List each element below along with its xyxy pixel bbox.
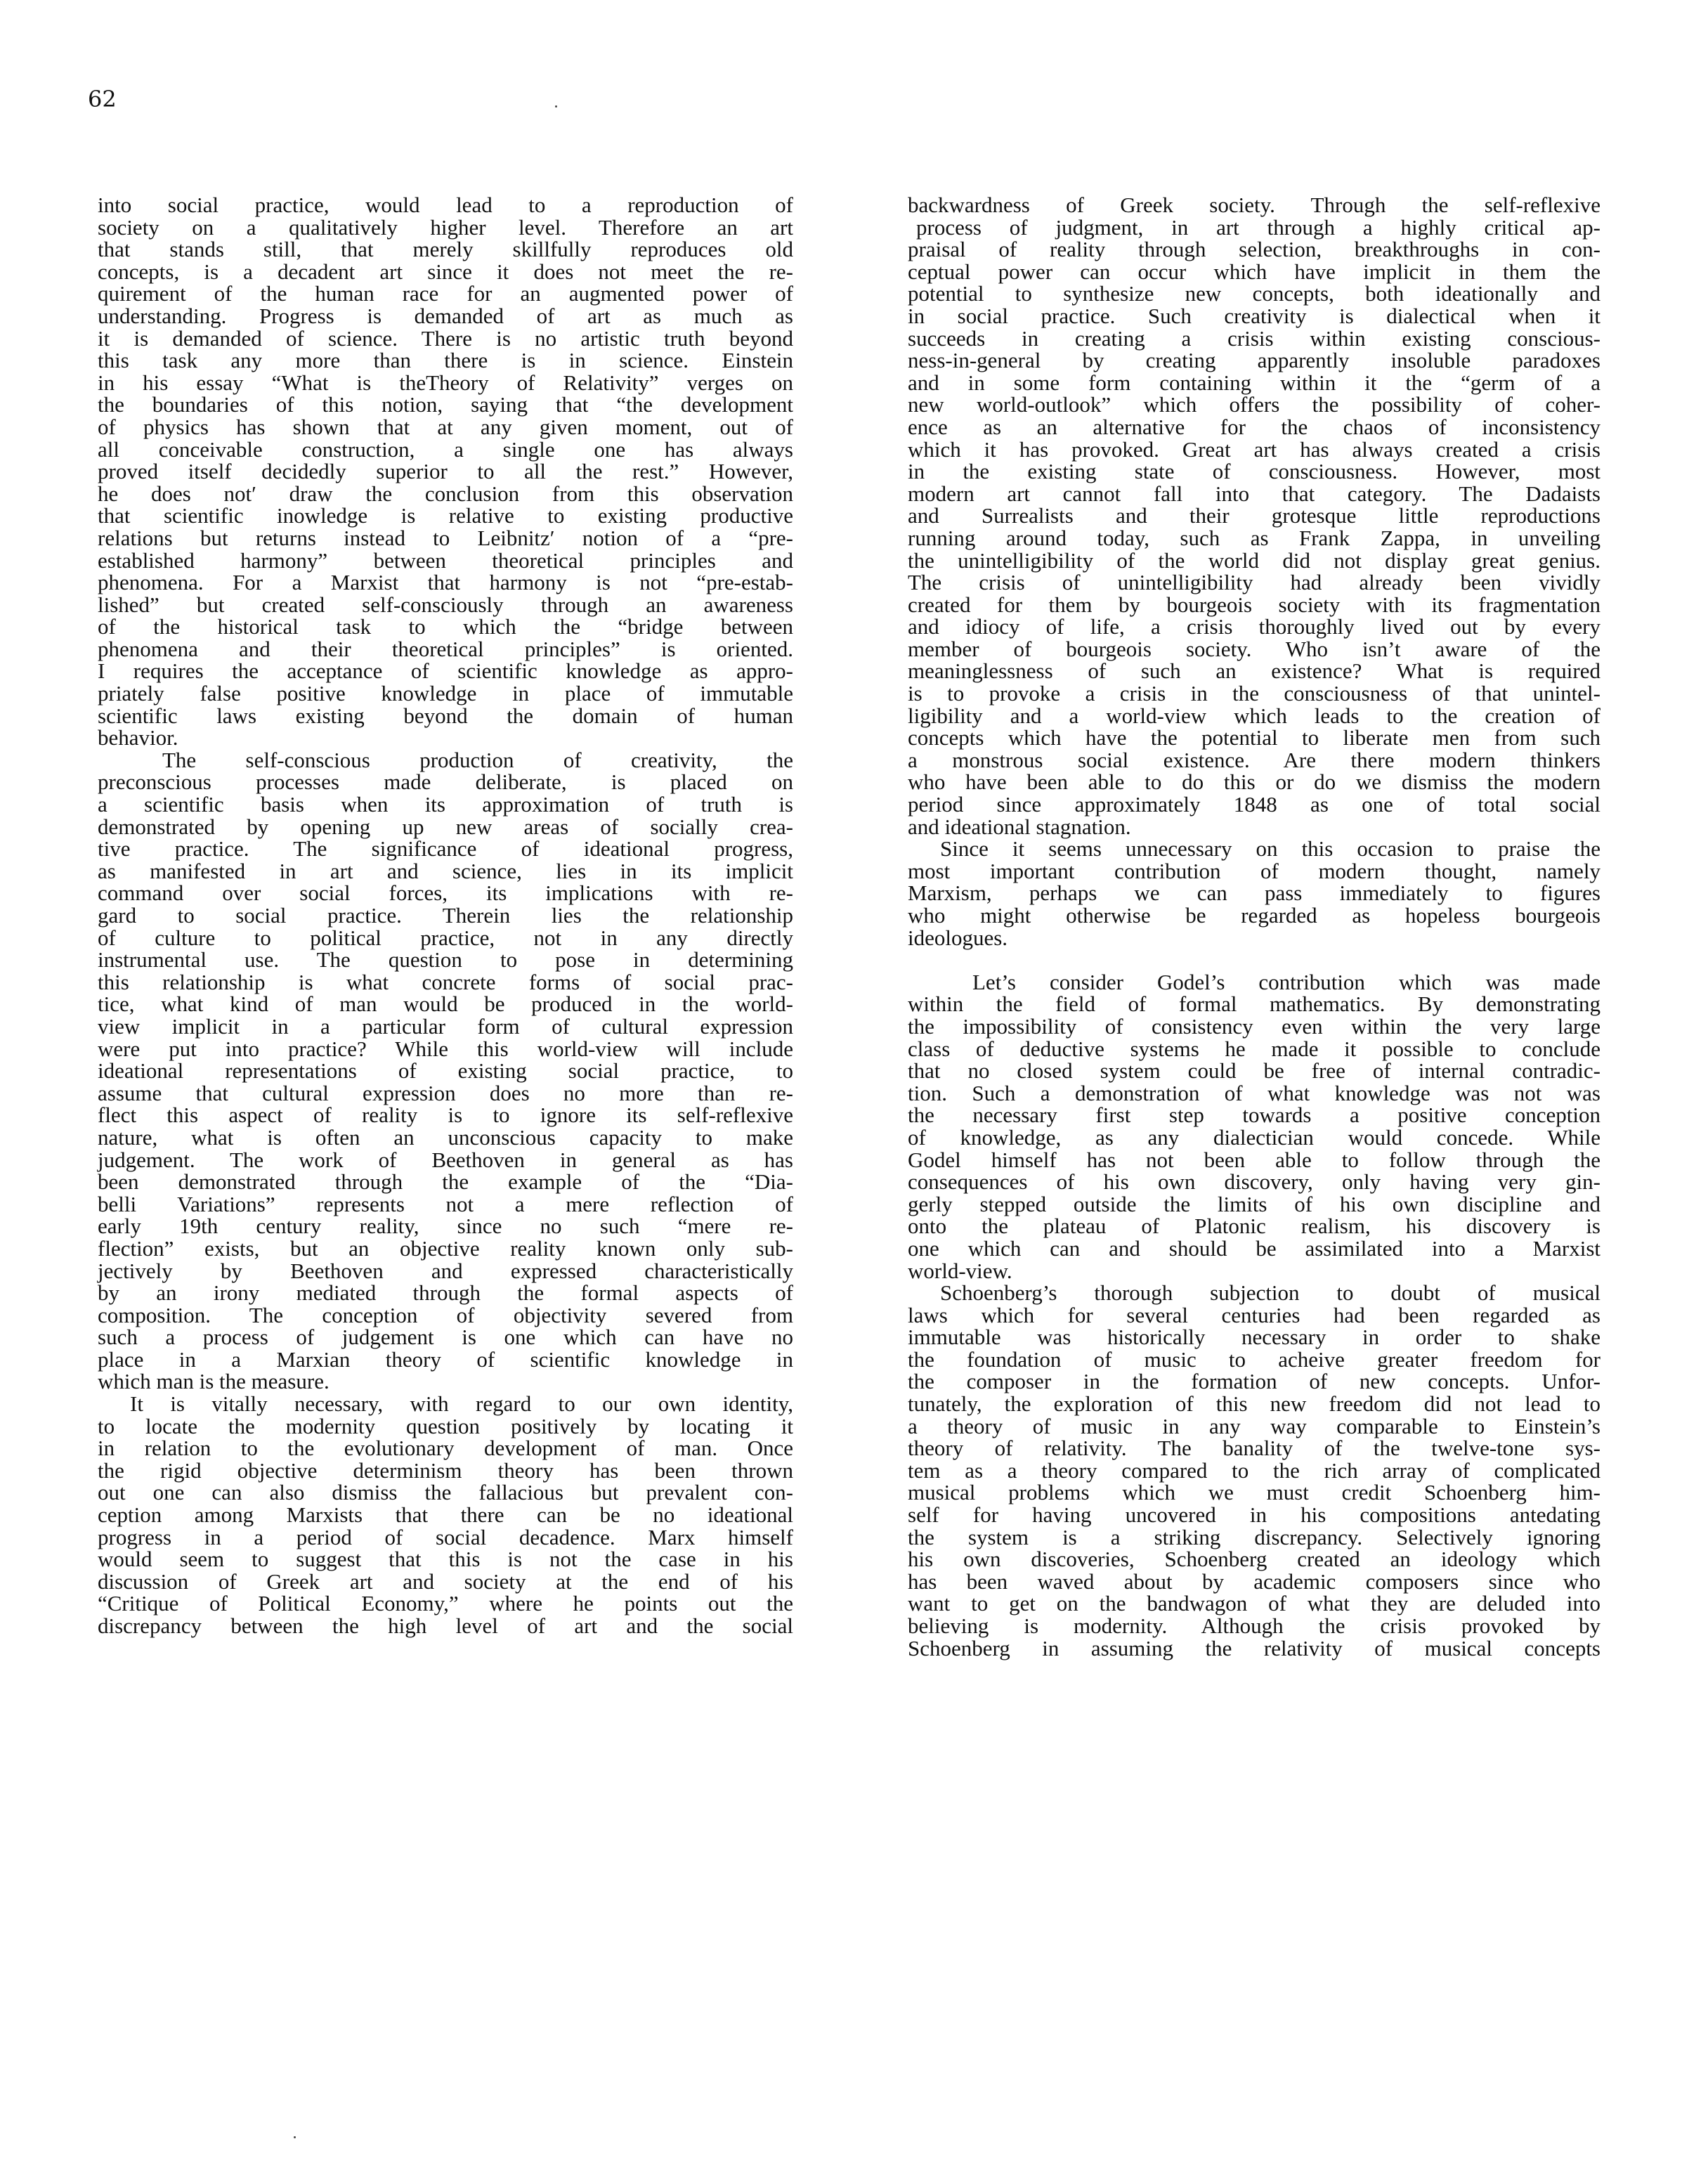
text-line: praisal of reality through selection, br… — [908, 238, 1600, 261]
text-line: command over social forces, its implicat… — [98, 882, 793, 904]
text-line: Since it seems unnecessary on this occas… — [908, 838, 1600, 860]
text-line: and idiocy of life, a crisis thoroughly … — [908, 616, 1600, 638]
text-line: into social practice, would lead to a re… — [98, 194, 793, 216]
paragraph-gap — [908, 949, 1600, 971]
text-line: a scientific basis when its approximatio… — [98, 793, 793, 816]
text-line: progress in a period of social decadence… — [98, 1526, 793, 1549]
text-line: were put into practice? While this world… — [98, 1038, 793, 1060]
text-line: been demonstrated through the example of… — [98, 1171, 793, 1193]
text-line: onto the plateau of Platonic realism, hi… — [908, 1215, 1600, 1237]
text-line: ception among Marxists that there can be… — [98, 1504, 793, 1526]
right-text-column: backwardness of Greek society. Through t… — [908, 194, 1600, 1659]
text-line: Let’s consider Godel’s contribution whic… — [908, 971, 1600, 994]
text-line: ligibility and a world-view which leads … — [908, 705, 1600, 727]
text-line: The crisis of unintelligibility had alre… — [908, 571, 1600, 594]
text-line: modern art cannot fall into that categor… — [908, 483, 1600, 505]
text-line: gerly stepped outside the limits of his … — [908, 1193, 1600, 1216]
text-line: one which can and should be assimilated … — [908, 1237, 1600, 1260]
text-line: this relationship is what concrete forms… — [98, 971, 793, 994]
text-line: Godel himself has not been able to follo… — [908, 1149, 1600, 1171]
text-line: tion. Such a demonstration of what knowl… — [908, 1082, 1600, 1105]
text-line: that no closed system could be free of i… — [908, 1060, 1600, 1082]
text-line: phenomena and their theoretical principl… — [98, 638, 793, 661]
text-line: I requires the acceptance of scientific … — [98, 660, 793, 682]
text-line: demonstrated by opening up new areas of … — [98, 816, 793, 838]
text-line: that stands still, that merely skillfull… — [98, 238, 793, 261]
text-line: musical problems which we must credit Sc… — [908, 1481, 1600, 1504]
text-line: which it has provoked. Great art has alw… — [908, 438, 1600, 461]
text-line: within the field of formal mathematics. … — [908, 993, 1600, 1015]
text-line: judgement. The work of Beethoven in gene… — [98, 1149, 793, 1171]
text-line: view implicit in a particular form of cu… — [98, 1015, 793, 1038]
text-line: place in a Marxian theory of scientific … — [98, 1348, 793, 1371]
text-line: belli Variations” represents not a mere … — [98, 1193, 793, 1216]
text-line: that scientific inowledge is relative to… — [98, 505, 793, 527]
text-line: believing is modernity. Although the cri… — [908, 1615, 1600, 1637]
text-line: concepts which have the potential to lib… — [908, 727, 1600, 749]
text-line: It is vitally necessary, with regard to … — [98, 1393, 793, 1415]
left-text-column: into social practice, would lead to a re… — [98, 194, 793, 1637]
text-line: jectively by Beethoven and expressed cha… — [98, 1260, 793, 1282]
text-line: scientific laws existing beyond the doma… — [98, 705, 793, 727]
text-line: concepts, is a decadent art since it doe… — [98, 261, 793, 283]
text-line: Schoenberg in assuming the relativity of… — [908, 1637, 1600, 1660]
text-line: lished” but created self-consciously thr… — [98, 594, 793, 616]
text-line: it is demanded of science. There is no a… — [98, 327, 793, 350]
text-line: society on a qualitatively higher level.… — [98, 216, 793, 239]
text-line: who have been able to do this or do we d… — [908, 771, 1600, 793]
text-line: in the existing state of consciousness. … — [908, 460, 1600, 483]
text-line: tive practice. The significance of ideat… — [98, 838, 793, 860]
text-line: preconscious processes made deliberate, … — [98, 771, 793, 793]
text-line: behavior. — [98, 727, 793, 749]
text-line: gard to social practice. Therein lies th… — [98, 904, 793, 927]
text-line: immutable was historically necessary in … — [908, 1326, 1600, 1348]
text-line: self for having uncovered in his composi… — [908, 1504, 1600, 1526]
text-line: meaninglessness of such an existence? Wh… — [908, 660, 1600, 682]
text-line: who might otherwise be regarded as hopel… — [908, 904, 1600, 927]
text-line: process of judgment, in art through a hi… — [908, 216, 1600, 239]
text-line: of culture to political practice, not in… — [98, 927, 793, 949]
text-line: discrepancy between the high level of ar… — [98, 1615, 793, 1637]
text-line: to locate the modernity question positiv… — [98, 1415, 793, 1438]
text-line: world-view. — [908, 1260, 1600, 1282]
text-line: by an irony mediated through the formal … — [98, 1282, 793, 1304]
text-line: ness-in-general by creating apparently i… — [908, 349, 1600, 372]
text-line: most important contribution of modern th… — [908, 860, 1600, 883]
text-line: in social practice. Such creativity is d… — [908, 305, 1600, 327]
text-line: quirement of the human race for an augme… — [98, 282, 793, 305]
text-line: Schoenberg’s thorough subjection to doub… — [908, 1282, 1600, 1304]
text-line: created for them by bourgeois society wi… — [908, 594, 1600, 616]
text-line: he does not′ draw the conclusion from th… — [98, 483, 793, 505]
text-line: running around today, such as Frank Zapp… — [908, 527, 1600, 550]
text-line: would seem to suggest that this is not t… — [98, 1548, 793, 1571]
text-line: of physics has shown that at any given m… — [98, 416, 793, 438]
text-line: want to get on the bandwagon of what the… — [908, 1592, 1600, 1615]
text-line: and Surrealists and their grotesque litt… — [908, 505, 1600, 527]
text-line: as manifested in art and science, lies i… — [98, 860, 793, 883]
text-line: and in some form containing within it th… — [908, 372, 1600, 394]
text-line: the rigid objective determinism theory h… — [98, 1460, 793, 1482]
scan-speck — [555, 105, 557, 108]
text-line: ideologues. — [908, 927, 1600, 949]
text-line: potential to synthesize new concepts, bo… — [908, 282, 1600, 305]
page-number: 62 — [88, 86, 117, 112]
text-line: Marxism, perhaps we can pass immediately… — [908, 882, 1600, 904]
text-line: theory of relativity. The banality of th… — [908, 1437, 1600, 1460]
text-line: the impossibility of consistency even wi… — [908, 1015, 1600, 1038]
text-line: consequences of his own discovery, only … — [908, 1171, 1600, 1193]
text-line: ence as an alternative for the chaos of … — [908, 416, 1600, 438]
text-line: relations but returns instead to Leibnit… — [98, 527, 793, 550]
text-line: proved itself decidedly superior to all … — [98, 460, 793, 483]
text-line: new world-outlook” which offers the poss… — [908, 394, 1600, 416]
text-line: flect this aspect of reality is to ignor… — [98, 1104, 793, 1126]
text-line: which man is the measure. — [98, 1370, 793, 1393]
text-line: is to provoke a crisis in the consciousn… — [908, 682, 1600, 705]
text-line: class of deductive systems he made it po… — [908, 1038, 1600, 1060]
text-line: has been waved about by academic compose… — [908, 1571, 1600, 1593]
text-line: in relation to the evolutionary developm… — [98, 1437, 793, 1460]
text-line: succeeds in creating a crisis within exi… — [908, 327, 1600, 350]
text-line: his own discoveries, Schoenberg created … — [908, 1548, 1600, 1571]
text-line: assume that cultural expression does no … — [98, 1082, 793, 1105]
text-line: member of bourgeois society. Who isn’t a… — [908, 638, 1600, 661]
text-line: period since approximately 1848 as one o… — [908, 793, 1600, 816]
text-line: of the historical task to which the “bri… — [98, 616, 793, 638]
text-line: of knowledge, as any dialectician would … — [908, 1126, 1600, 1149]
text-line: this task any more than there is in scie… — [98, 349, 793, 372]
text-line: a monstrous social existence. Are there … — [908, 749, 1600, 772]
text-line: the unintelligibility of the world did n… — [908, 550, 1600, 572]
text-line: and ideational stagnation. — [908, 816, 1600, 838]
text-line: early 19th century reality, since no suc… — [98, 1215, 793, 1237]
text-line: ceptual power can occur which have impli… — [908, 261, 1600, 283]
text-line: ideational representations of existing s… — [98, 1060, 793, 1082]
scan-speck — [294, 2136, 296, 2138]
text-line: tunately, the exploration of this new fr… — [908, 1393, 1600, 1415]
text-line: discussion of Greek art and society at t… — [98, 1571, 793, 1593]
text-line: a theory of music in any way comparable … — [908, 1415, 1600, 1438]
text-line: in his essay “What is theTheory of Relat… — [98, 372, 793, 394]
text-line: composition. The conception of objectivi… — [98, 1304, 793, 1327]
text-line: laws which for several centuries had bee… — [908, 1304, 1600, 1327]
text-line: the boundaries of this notion, saying th… — [98, 394, 793, 416]
text-line: priately false positive knowledge in pla… — [98, 682, 793, 705]
text-line: such a process of judgement is one which… — [98, 1326, 793, 1348]
text-line: tice, what kind of man would be produced… — [98, 993, 793, 1015]
text-line: all conceivable construction, a single o… — [98, 438, 793, 461]
text-line: nature, what is often an unconscious cap… — [98, 1126, 793, 1149]
text-line: The self-conscious production of creativ… — [98, 749, 793, 772]
text-line: the necessary first step towards a posit… — [908, 1104, 1600, 1126]
text-line: the system is a striking discrepancy. Se… — [908, 1526, 1600, 1549]
text-line: out one can also dismiss the fallacious … — [98, 1481, 793, 1504]
text-line: the composer in the formation of new con… — [908, 1370, 1600, 1393]
text-line: tem as a theory compared to the rich arr… — [908, 1460, 1600, 1482]
text-line: understanding. Progress is demanded of a… — [98, 305, 793, 327]
text-line: flection” exists, but an objective reali… — [98, 1237, 793, 1260]
text-line: instrumental use. The question to pose i… — [98, 949, 793, 971]
text-line: backwardness of Greek society. Through t… — [908, 194, 1600, 216]
text-line: the foundation of music to acheive great… — [908, 1348, 1600, 1371]
text-line: established harmony” between theoretical… — [98, 550, 793, 572]
text-line: phenomena. For a Marxist that harmony is… — [98, 571, 793, 594]
text-line: “Critique of Political Economy,” where h… — [98, 1592, 793, 1615]
